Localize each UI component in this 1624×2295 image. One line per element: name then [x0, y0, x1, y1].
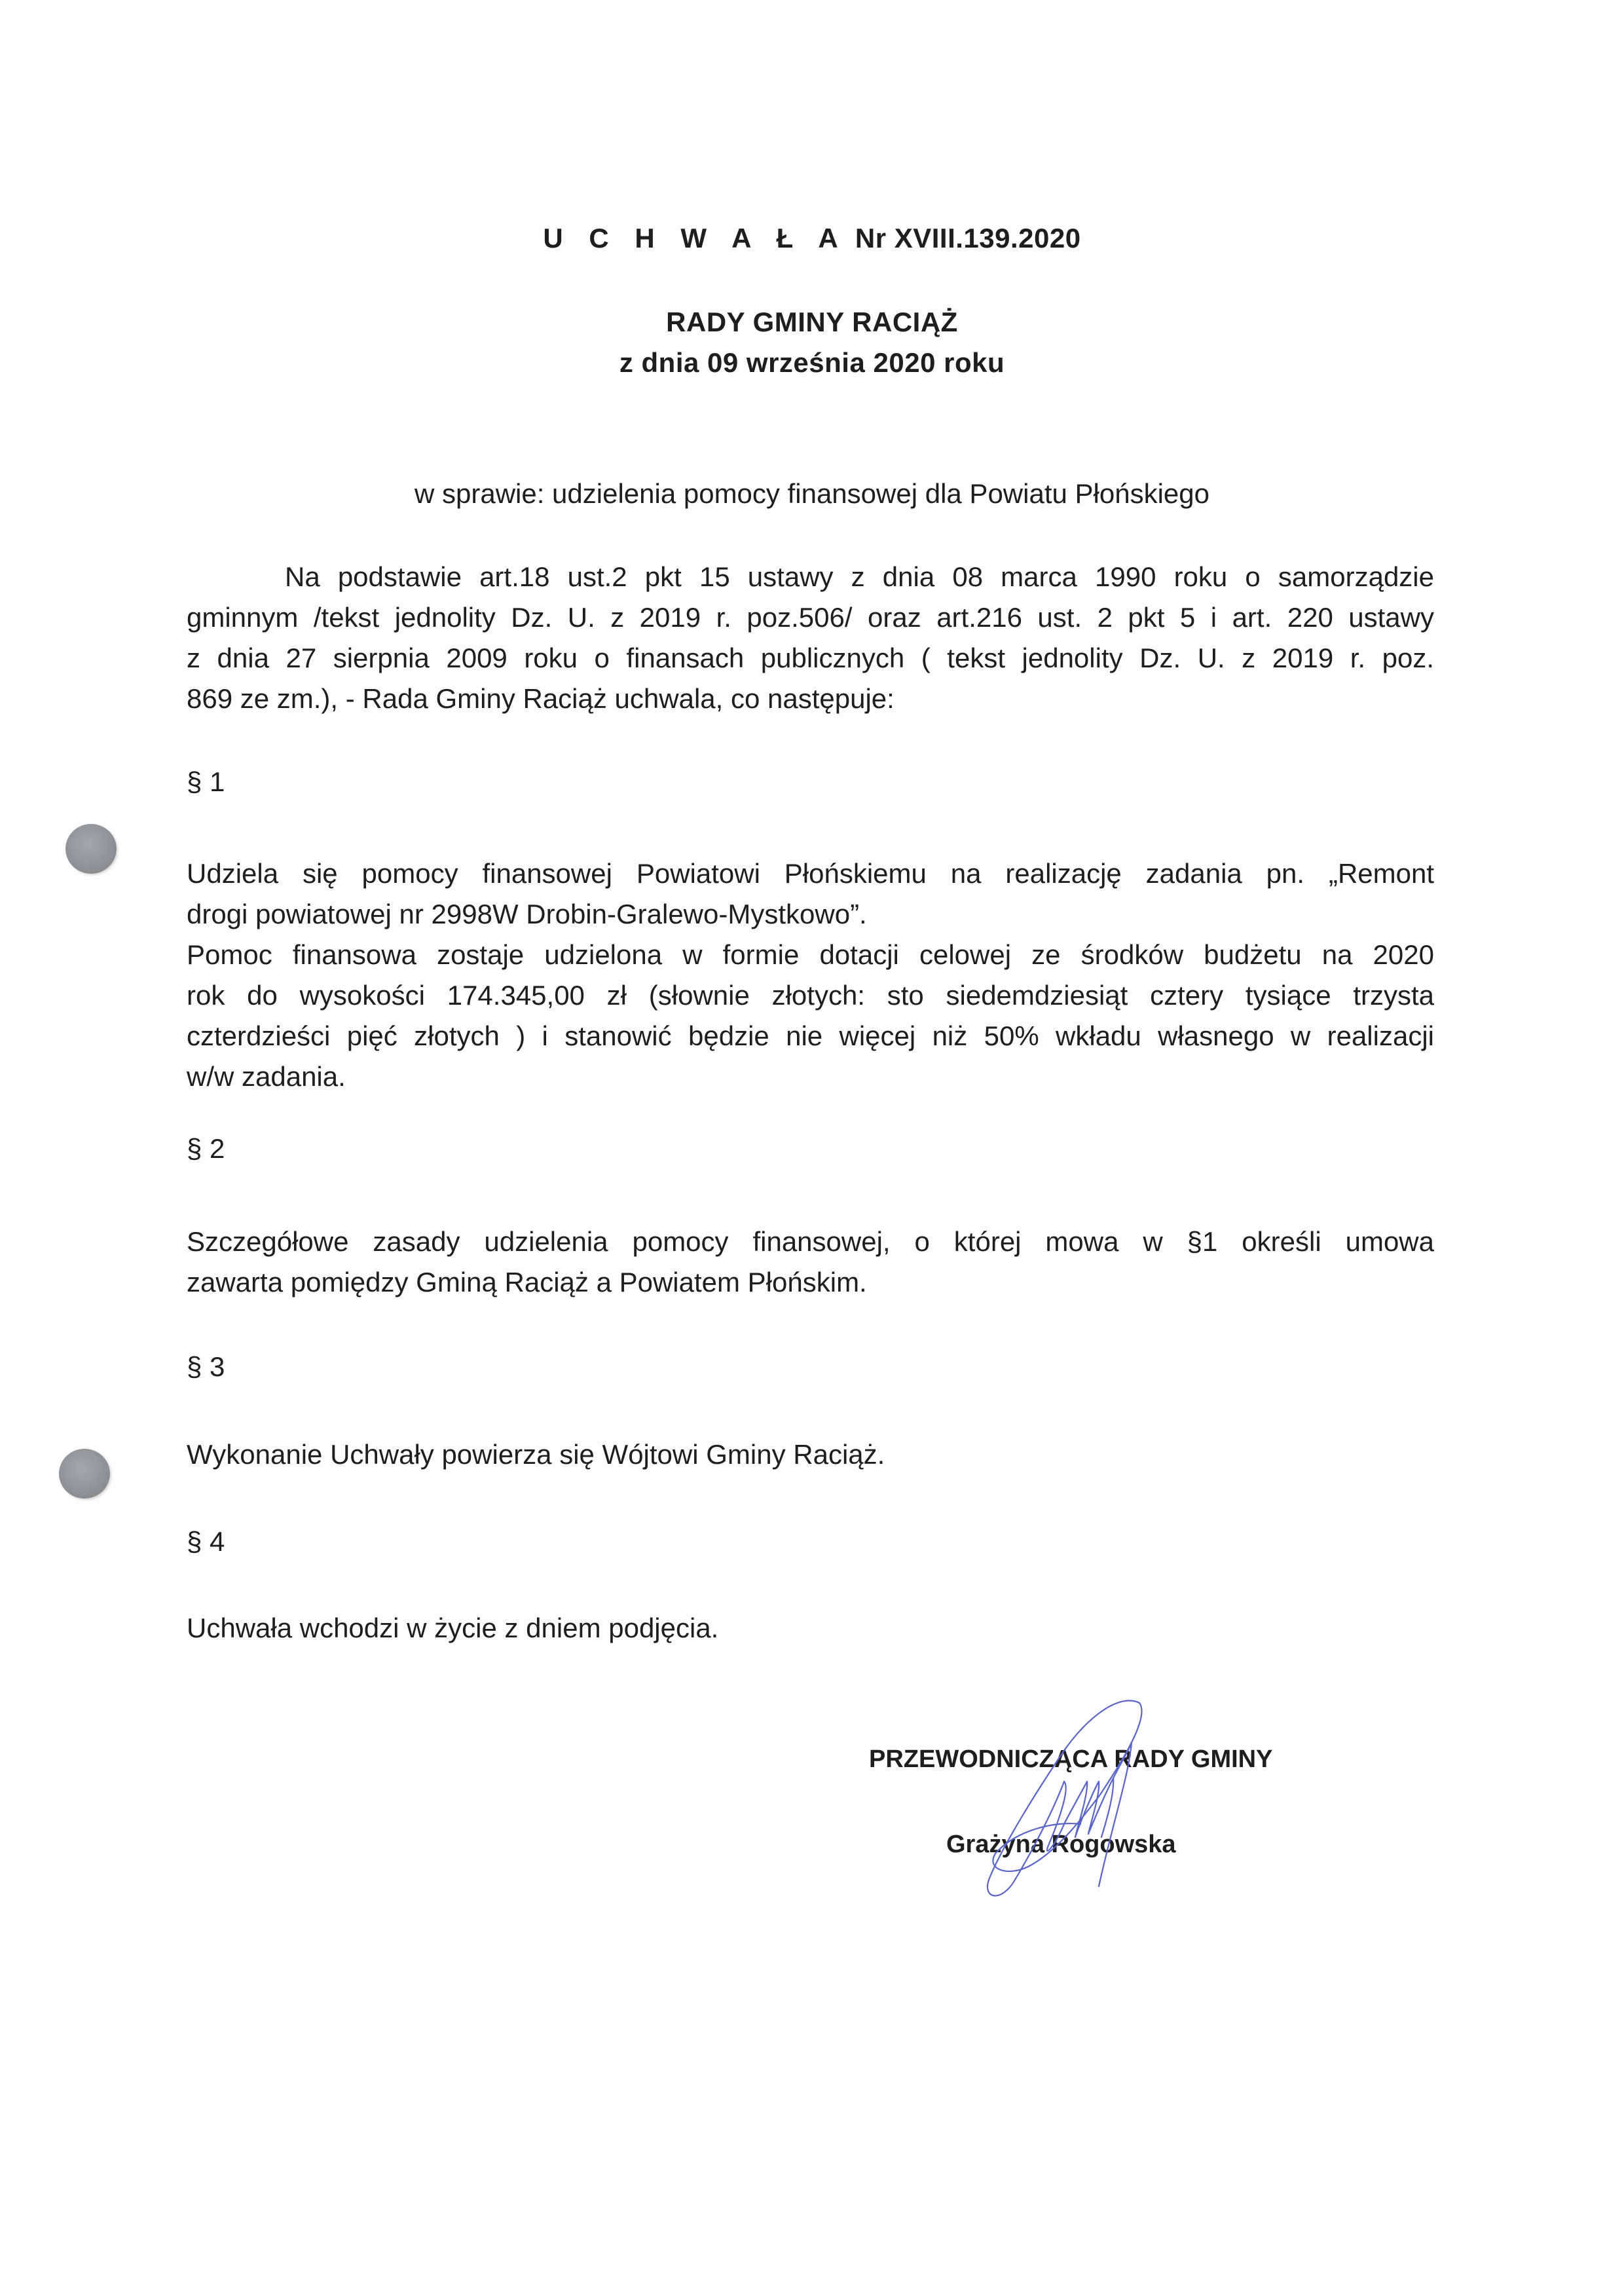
resolution-date: z dnia 09 września 2020 roku	[0, 347, 1624, 379]
section-2-text: Szczegółowe zasady udzielenia pomocy fin…	[187, 1222, 1434, 1303]
resolution-word: U C H W A Ł A	[543, 223, 847, 253]
document-page: U C H W A Ł A Nr XVIII.139.2020 RADY GMI…	[0, 0, 1624, 2295]
section-mark-1: § 1	[187, 766, 225, 798]
preamble-line: gminnym /tekst jednolity Dz. U. z 2019 r…	[187, 597, 1434, 638]
preamble-line: Na podstawie art.18 ust.2 pkt 15 ustawy …	[187, 557, 1434, 597]
resolution-number: Nr XVIII.139.2020	[855, 223, 1081, 253]
section-line: czterdzieści pięć złotych ) i stanowić b…	[187, 1016, 1434, 1056]
section-4-text: Uchwała wchodzi w życie z dniem podjęcia…	[187, 1613, 718, 1644]
handwritten-signature-icon	[923, 1690, 1185, 1906]
signatory-title: PRZEWODNICZĄCA RADY GMINY	[869, 1745, 1272, 1774]
section-mark-4: § 4	[187, 1526, 225, 1558]
section-3-text: Wykonanie Uchwały powierza się Wójtowi G…	[187, 1439, 885, 1470]
punch-hole-top	[65, 824, 117, 874]
signatory-name: Grażyna Rogowska	[946, 1831, 1176, 1859]
resolution-title: U C H W A Ł A Nr XVIII.139.2020	[0, 223, 1624, 254]
subject-line: w sprawie: udzielenia pomocy finansowej …	[0, 478, 1624, 510]
preamble-line: 869 ze zm.), - Rada Gminy Raciąż uchwala…	[187, 679, 1434, 719]
section-mark-2: § 2	[187, 1133, 225, 1165]
section-mark-3: § 3	[187, 1351, 225, 1383]
preamble-line: z dnia 27 sierpnia 2009 roku o finansach…	[187, 638, 1434, 679]
section-line: drogi powiatowej nr 2998W Drobin-Gralewo…	[187, 894, 1434, 935]
section-line: w/w zadania.	[187, 1056, 1434, 1097]
issuer: RADY GMINY RACIĄŻ	[0, 307, 1624, 338]
section-1-text: Udziela się pomocy finansowej Powiatowi …	[187, 853, 1434, 1097]
punch-hole-bottom	[59, 1449, 110, 1499]
section-line: Szczegółowe zasady udzielenia pomocy fin…	[187, 1222, 1434, 1262]
section-line: rok do wysokości 174.345,00 zł (słownie …	[187, 975, 1434, 1016]
section-line: Pomoc finansowa zostaje udzielona w form…	[187, 935, 1434, 975]
section-line: zawarta pomiędzy Gminą Raciąż a Powiatem…	[187, 1262, 1434, 1303]
preamble: Na podstawie art.18 ust.2 pkt 15 ustawy …	[187, 557, 1434, 719]
section-line: Udziela się pomocy finansowej Powiatowi …	[187, 853, 1434, 894]
